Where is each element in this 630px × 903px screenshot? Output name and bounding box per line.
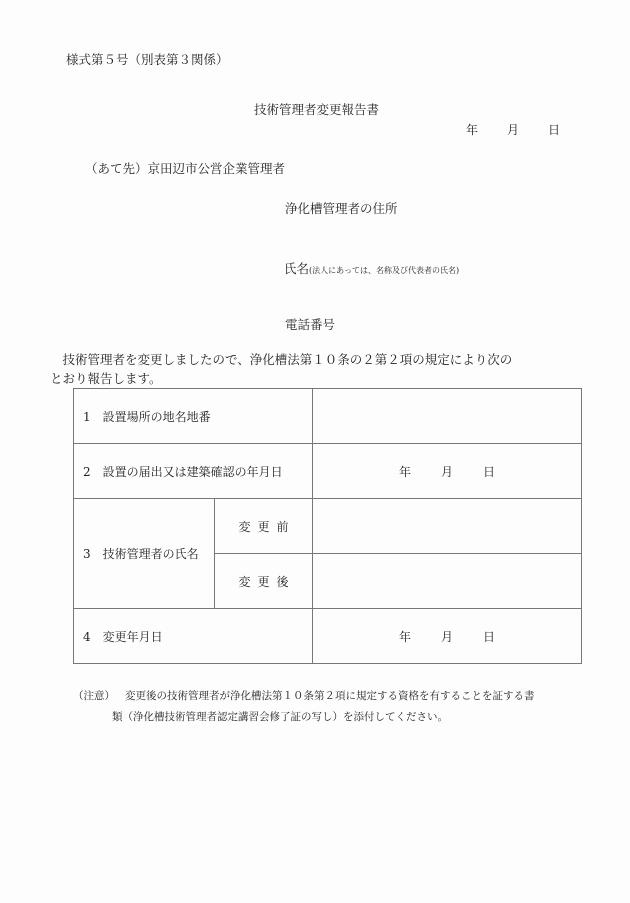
name-label: 氏名 — [284, 261, 309, 276]
row4-year: 年 — [399, 628, 411, 645]
row4-day: 日 — [483, 628, 495, 645]
name-field: 氏名(法人にあっては、名称及び代表者の氏名) — [284, 258, 459, 277]
name-note: (法人にあっては、名称及び代表者の氏名) — [309, 266, 459, 275]
body-text-line1: 技術管理者を変更しましたので、浄化槽法第１０条の２第２項の規定により次の — [50, 350, 512, 368]
row2-value-field[interactable]: 年月日 — [313, 444, 582, 499]
header-date-year: 年 — [466, 121, 478, 138]
row4-month: 月 — [441, 628, 453, 645]
row3-after-value-field[interactable] — [313, 554, 582, 609]
form-number: 様式第５号（別表第３関係） — [66, 50, 229, 68]
row3-label: 3 技術管理者の氏名 — [74, 499, 215, 609]
table-row: 2 設置の届出又は建築確認の年月日 年月日 — [74, 444, 582, 499]
header-date-month: 月 — [507, 121, 519, 138]
row2-label: 2 設置の届出又は建築確認の年月日 — [74, 444, 313, 499]
row2-day: 日 — [483, 463, 495, 480]
row2-year: 年 — [399, 463, 411, 480]
report-table: 1 設置場所の地名地番 2 設置の届出又は建築確認の年月日 年月日 3 技術管理… — [73, 388, 582, 664]
row4-label: 4 変更年月日 — [74, 609, 313, 664]
body-text-line2: とおり報告します。 — [50, 369, 162, 387]
row3-before-label: 変更前 — [215, 499, 313, 554]
row3-before-value-field[interactable] — [313, 499, 582, 554]
table-row: 4 変更年月日 年月日 — [74, 609, 582, 664]
row3-after-label: 変更後 — [215, 554, 313, 609]
note-line1: 変更後の技術管理者が浄化槽法第１０条第２項に規定する資格を有することを証する書 — [125, 688, 535, 703]
table-row: 3 技術管理者の氏名 変更前 — [74, 499, 582, 554]
note-line2: 類（浄化槽技術管理者認定講習会修了証の写し）を添付してください。 — [112, 709, 448, 724]
row1-value-field[interactable] — [313, 389, 582, 444]
addressee: （あて先）京田辺市公営企業管理者 — [85, 159, 285, 177]
row4-value-field[interactable]: 年月日 — [313, 609, 582, 664]
table-row: 1 設置場所の地名地番 — [74, 389, 582, 444]
row1-label: 1 設置場所の地名地番 — [74, 389, 313, 444]
row2-month: 月 — [441, 463, 453, 480]
document-title: 技術管理者変更報告書 — [254, 100, 379, 118]
header-date-day: 日 — [548, 121, 560, 138]
phone-label: 電話番号 — [285, 315, 335, 333]
note-label: （注意） — [73, 688, 115, 703]
address-label: 浄化槽管理者の住所 — [285, 199, 398, 217]
